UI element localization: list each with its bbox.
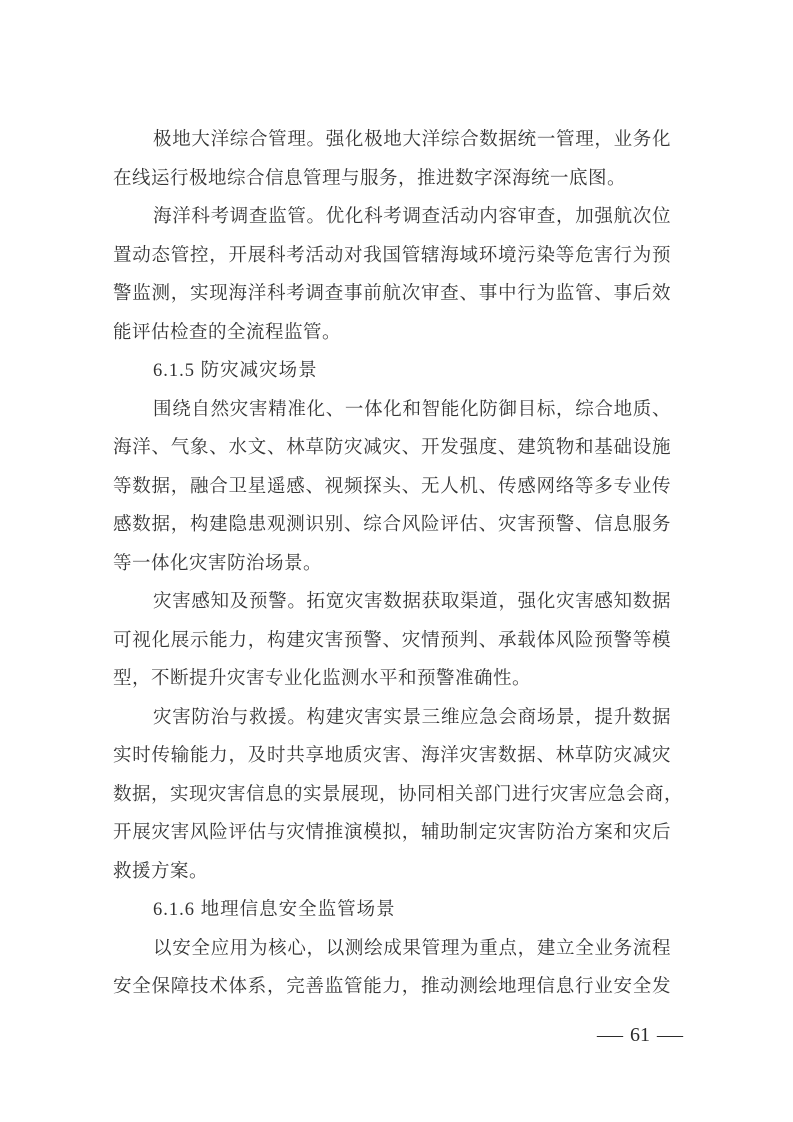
text-line: 警监测，实现海洋科考调查事前航次审查、事中行为监管、事后效	[113, 275, 671, 314]
footer-right-dash: —	[657, 1022, 683, 1048]
text-line: 围绕自然灾害精准化、一体化和智能化防御目标，综合地质、	[113, 391, 671, 430]
footer-left-dash: —	[597, 1022, 623, 1048]
text-line: 等数据，融合卫星遥感、视频探头、无人机、传感网络等多专业传	[113, 468, 671, 507]
text-line: 灾害防治与救援。构建灾害实景三维应急会商场景，提升数据	[113, 699, 671, 738]
text-line: 极地大洋综合管理。强化极地大洋综合数据统一管理，业务化	[113, 121, 671, 160]
text-line: 开展灾害风险评估与灾情推演模拟，辅助制定灾害防治方案和灾后	[113, 814, 671, 853]
paragraph-disaster-prevention-overview: 围绕自然灾害精准化、一体化和智能化防御目标，综合地质、海洋、气象、水文、林草防灾…	[113, 391, 671, 584]
section-heading-6-1-5: 6.1.5 防灾减灾场景	[113, 352, 671, 391]
text-line: 实时传输能力，及时共享地质灾害、海洋灾害数据、林草防灾减灾	[113, 737, 671, 776]
heading-line: 6.1.6 地理信息安全监管场景	[113, 891, 671, 930]
section-heading-6-1-6: 6.1.6 地理信息安全监管场景	[113, 891, 671, 930]
page-number: 61	[630, 1022, 650, 1048]
text-line: 在线运行极地综合信息管理与服务，推进数字深海统一底图。	[113, 160, 671, 199]
page: 极地大洋综合管理。强化极地大洋综合数据统一管理，业务化在线运行极地综合信息管理与…	[0, 0, 793, 1122]
text-line: 救援方案。	[113, 853, 671, 892]
page-footer: —61—	[113, 1022, 680, 1048]
paragraph-disaster-control-rescue: 灾害防治与救援。构建灾害实景三维应急会商场景，提升数据实时传输能力，及时共享地质…	[113, 699, 671, 892]
text-line: 安全保障技术体系，完善监管能力，推动测绘地理信息行业安全发	[113, 968, 671, 1007]
text-line: 数据，实现灾害信息的实景展现，协同相关部门进行灾害应急会商，	[113, 776, 671, 815]
text-line: 置动态管控，开展科考活动对我国管辖海域环境污染等危害行为预	[113, 237, 671, 276]
text-line: 海洋科考调查监管。优化科考调查活动内容审查，加强航次位	[113, 198, 671, 237]
paragraph-marine-research-supervision: 海洋科考调查监管。优化科考调查活动内容审查，加强航次位置动态管控，开展科考活动对…	[113, 198, 671, 352]
text-line: 等一体化灾害防治场景。	[113, 545, 671, 584]
text-line: 感数据，构建隐患观测识别、综合风险评估、灾害预警、信息服务	[113, 506, 671, 545]
text-line: 海洋、气象、水文、林草防灾减灾、开发强度、建筑物和基础设施	[113, 429, 671, 468]
page-body-text: 极地大洋综合管理。强化极地大洋综合数据统一管理，业务化在线运行极地综合信息管理与…	[113, 121, 671, 1007]
text-line: 型，不断提升灾害专业化监测水平和预警准确性。	[113, 660, 671, 699]
text-line: 灾害感知及预警。拓宽灾害数据获取渠道，强化灾害感知数据	[113, 583, 671, 622]
heading-line: 6.1.5 防灾减灾场景	[113, 352, 671, 391]
paragraph-polar-ocean-management: 极地大洋综合管理。强化极地大洋综合数据统一管理，业务化在线运行极地综合信息管理与…	[113, 121, 671, 198]
paragraph-disaster-sensing-warning: 灾害感知及预警。拓宽灾害数据获取渠道，强化灾害感知数据可视化展示能力，构建灾害预…	[113, 583, 671, 699]
document-page: { "document": { "colors": { "background"…	[0, 0, 793, 1122]
text-line: 以安全应用为核心，以测绘成果管理为重点，建立全业务流程	[113, 930, 671, 969]
text-line: 可视化展示能力，构建灾害预警、灾情预判、承载体风险预警等模	[113, 622, 671, 661]
paragraph-geoinfo-security: 以安全应用为核心，以测绘成果管理为重点，建立全业务流程安全保障技术体系，完善监管…	[113, 930, 671, 1007]
text-line: 能评估检查的全流程监管。	[113, 314, 671, 353]
